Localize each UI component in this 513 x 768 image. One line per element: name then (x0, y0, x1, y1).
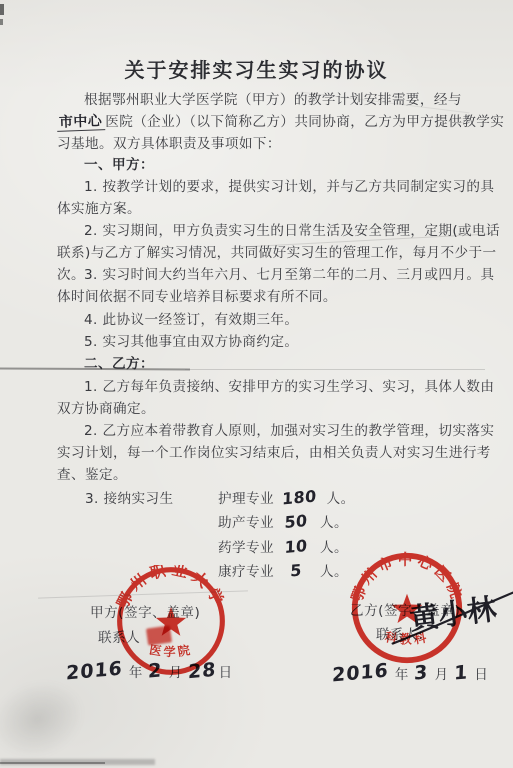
intake-row: 助产专业 50 人。 (218, 511, 355, 535)
intro-paragraph: 根据鄂州职业大学医学院（甲方）的教学计划安排需要，经与市中心医院（企业）（以下简… (57, 89, 505, 155)
intake-unit: 人。 (320, 512, 348, 534)
scanned-agreement-page: 关于安排实习生实习的协议 根据鄂州职业大学医学院（甲方）的教学计划安排需要，经与… (0, 0, 513, 768)
scan-bottom-streak (0, 759, 155, 765)
section-a-item-4: 4. 此协议一经签订，有效期三年。 (57, 309, 505, 331)
scan-edge-mark (0, 4, 4, 15)
intake-list: 护理专业 180 人。 助产专业 50 人。 药学专业 10 人。 康疗专业 5… (218, 487, 355, 584)
intake-row: 药学专业 10 人。 (218, 536, 355, 560)
svg-text:医学院: 医学院 (148, 642, 194, 659)
section-b-item-1: 1. 乙方每年负责接纳、安排甲方的实习生学习、实习，具体人数由双方协商确定。 (57, 376, 505, 420)
day-unit: 日 (474, 663, 488, 683)
intake-row: 护理专业 180 人。 (218, 487, 355, 511)
document-title: 关于安排实习生实习的协议 (0, 54, 513, 83)
intake-row: 康疗专业 5 人。 (218, 560, 355, 584)
section-a-item-3: 3. 实习时间大约当年六月、七月至第二年的二月、三月或四月。具体时间依据不同专业… (57, 264, 505, 308)
svg-text:科教科: 科教科 (383, 629, 430, 647)
seal-bottom-text: 医学院 (148, 642, 194, 659)
intake-unit: 人。 (320, 561, 348, 583)
party-b-round-seal: 鄂州市中心医院 科教科 (350, 551, 464, 665)
year-unit: 年 (395, 663, 409, 683)
section-a-item-1: 1. 按教学计划的要求，提供实习计划，并与乙方共同制定实习的具体实施方案。 (57, 176, 505, 220)
seal-star-icon (156, 607, 186, 636)
intake-unit: 人。 (320, 537, 348, 559)
intake-major: 护理专业 (218, 488, 282, 510)
seal-star-icon (392, 594, 423, 623)
scan-bottom-streak (0, 762, 105, 764)
intake-label: 3. 接纳实习生 (85, 488, 173, 510)
party-a-round-seal: 鄂州职业大学 医学院 (115, 565, 227, 677)
handwritten-count: 5 (282, 559, 311, 584)
section-a-heading: 一、甲方： (57, 154, 505, 176)
scan-edge-mark (0, 19, 3, 25)
handwritten-hospital-name: 市中心 (57, 114, 106, 132)
party-b-date: 2016 年 3 月 1 日 (332, 662, 488, 684)
month-unit: 月 (435, 663, 449, 683)
seal-bottom-text: 科教科 (383, 629, 430, 647)
intake-major: 助产专业 (218, 512, 282, 534)
section-b-item-2: 2. 乙方应本着带教育人原则，加强对实习生的教学管理，切实落实实习计划，每一个工… (57, 420, 505, 486)
intake-major: 康疗专业 (218, 561, 282, 583)
intro-text-after: 医院（企业）（以下简称乙方）共同协商，乙方为甲方提供教学实习基地。双方具体职责及… (57, 114, 504, 152)
handwritten-count: 180 (282, 485, 317, 510)
section-b-heading: 二、乙方： (57, 353, 505, 375)
intake-unit: 人。 (327, 488, 355, 510)
handwritten-count: 10 (282, 534, 311, 559)
handwritten-count: 50 (282, 510, 311, 535)
intro-text-before: 根据鄂州职业大学医学院（甲方）的教学计划安排需要，经与 (84, 92, 462, 108)
intake-major: 药学专业 (218, 537, 282, 559)
section-a-item-5: 5. 实习其他事宜由双方协商约定。 (57, 331, 505, 353)
